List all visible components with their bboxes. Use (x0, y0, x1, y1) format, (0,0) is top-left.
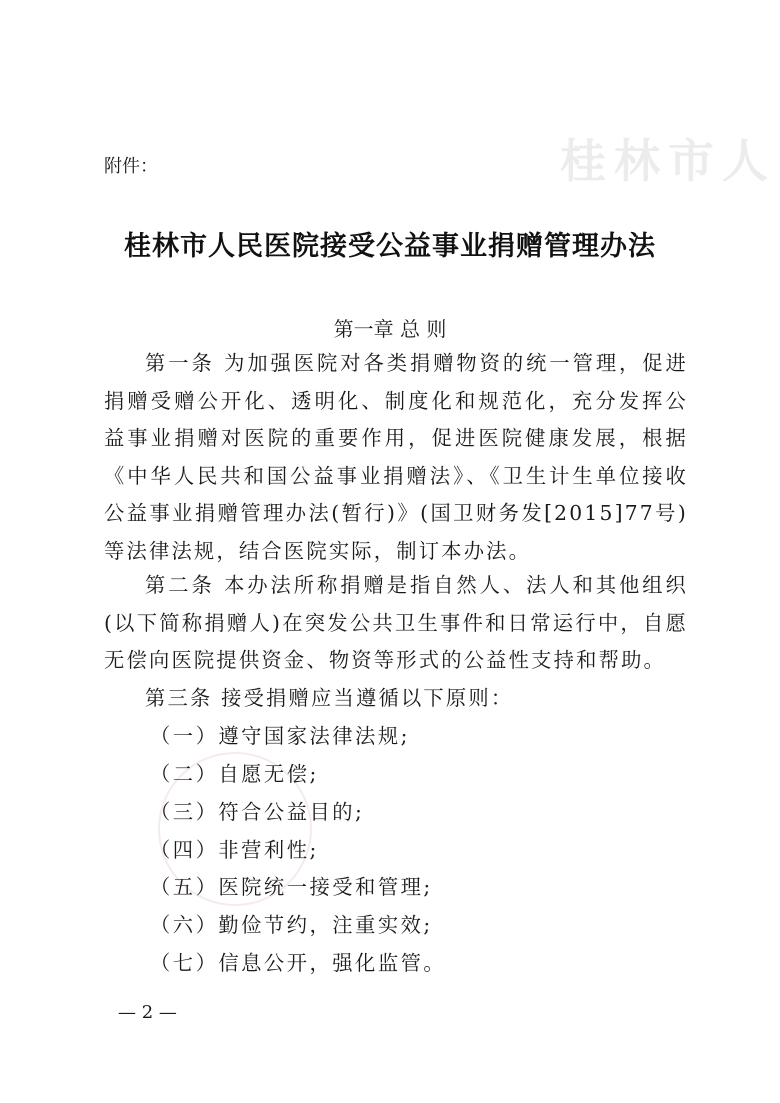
bleed-through-text: 桂林市人民医院 (560, 125, 780, 185)
page-number: — 2 — (118, 1002, 177, 1023)
principle-item: （五）医院统一接受和管理; (150, 871, 433, 900)
principle-item: （七）信息公开，强化监管。 (150, 947, 446, 976)
article-3-text: 第三条 接受捐赠应当遵循以下原则： (104, 680, 688, 718)
chapter-heading: 第一章 总 则 (0, 313, 780, 342)
article-3: 第三条 接受捐赠应当遵循以下原则： (104, 680, 688, 718)
article-2-text: 第二条 本办法所称捐赠是指自然人、法人和其他组织(以下简称捐赠人)在突发公共卫生… (104, 567, 688, 680)
principle-item: （三）符合公益目的; (150, 796, 364, 825)
article-1: 第一条 为加强医院对各类捐赠物资的统一管理，促进捐赠受赠公开化、透明化、制度化和… (104, 345, 688, 570)
attachment-label: 附件： (104, 152, 158, 178)
document-title: 桂林市人民医院接受公益事业捐赠管理办法 (0, 224, 780, 263)
principle-item: （四）非营利性; (150, 834, 319, 863)
article-1-text: 第一条 为加强医院对各类捐赠物资的统一管理，促进捐赠受赠公开化、透明化、制度化和… (104, 345, 688, 570)
principle-item: （一）遵守国家法律法规; (150, 720, 410, 749)
principle-item: （六）勤俭节约，注重实效; (150, 909, 433, 938)
article-2: 第二条 本办法所称捐赠是指自然人、法人和其他组织(以下简称捐赠人)在突发公共卫生… (104, 567, 688, 680)
principle-item: （二）自愿无偿; (150, 758, 319, 787)
